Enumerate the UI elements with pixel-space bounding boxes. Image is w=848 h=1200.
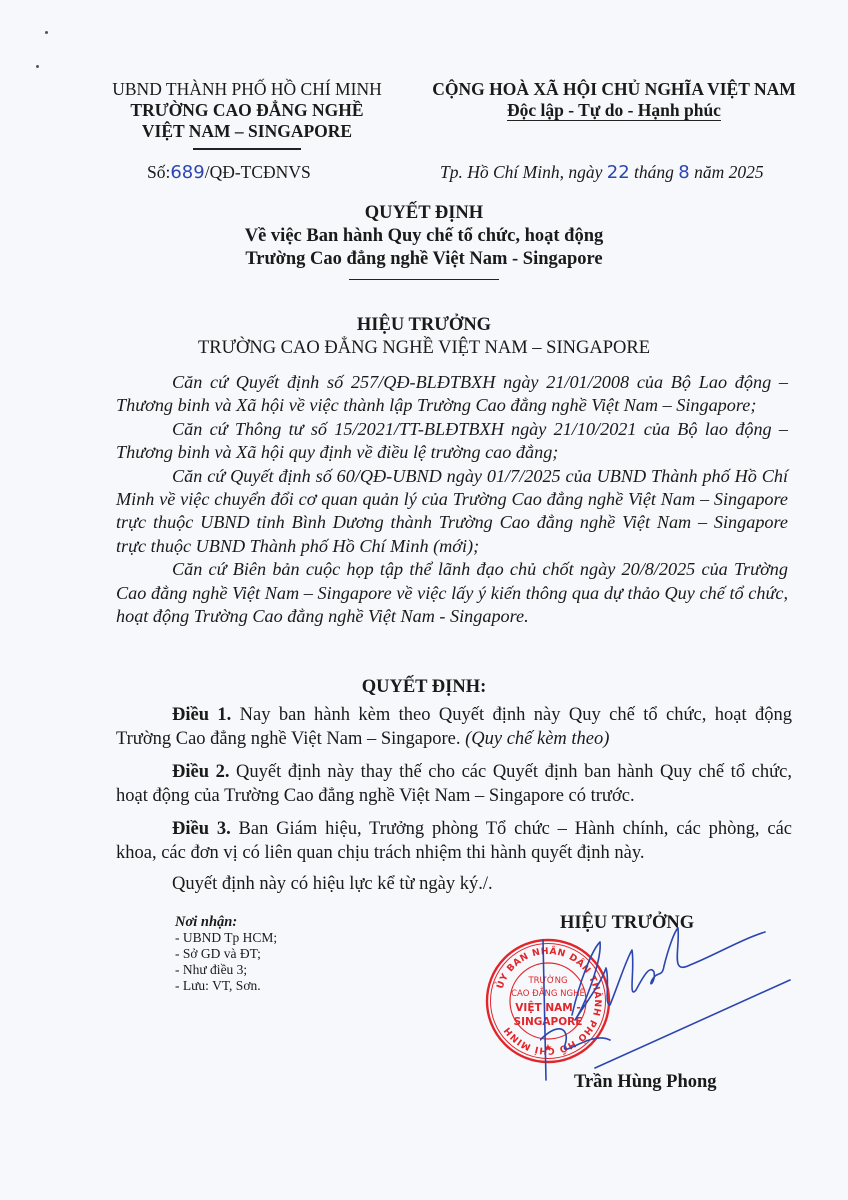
legal-basis-item: Căn cứ Thông tư số 15/2021/TT-BLĐTBXH ng… — [116, 418, 788, 465]
school-name-line1: TRƯỜNG CAO ĐẲNG NGHỀ — [82, 100, 412, 121]
document-subject-line1: Về việc Ban hành Quy chế tổ chức, hoạt đ… — [0, 225, 848, 248]
issuer-role: HIỆU TRƯỞNG — [0, 314, 848, 337]
scan-speck — [45, 31, 48, 34]
legal-basis: Căn cứ Quyết định số 257/QĐ-BLĐTBXH ngày… — [116, 371, 788, 628]
document-number: Số:689/QĐ-TCĐNVS — [147, 162, 311, 183]
legal-basis-item: Căn cứ Quyết định số 60/QĐ-UBND ngày 01/… — [116, 465, 788, 559]
legal-basis-item: Căn cứ Quyết định số 257/QĐ-BLĐTBXH ngày… — [116, 371, 788, 418]
date-year: năm 2025 — [690, 162, 764, 182]
date-day-handwritten: 22 — [607, 162, 630, 183]
document-number-prefix: Số: — [147, 162, 170, 182]
recipient-item: - Sở GD và ĐT; — [175, 946, 277, 962]
recipients-heading: Nơi nhận: — [175, 914, 277, 930]
issue-date: Tp. Hồ Chí Minh, ngày 22 tháng 8 năm 202… — [440, 162, 764, 183]
date-place: Tp. Hồ Chí Minh, ngày — [440, 162, 607, 182]
recipient-item: - Như điều 3; — [175, 962, 277, 978]
article-label: Điều 1. — [172, 705, 231, 725]
article-note: (Quy chế kèm theo) — [465, 729, 609, 749]
recipient-item: - Lưu: VT, Sơn. — [175, 978, 277, 994]
date-month-handwritten: 8 — [678, 162, 689, 183]
legal-basis-item: Căn cứ Biên bản cuộc họp tập thể lãnh đạ… — [116, 558, 788, 628]
article-label: Điều 3. — [172, 819, 231, 839]
document-number-handwritten: 689 — [170, 162, 204, 183]
title-divider — [349, 279, 499, 280]
national-header: CỘNG HOÀ XÃ HỘI CHỦ NGHĨA VIỆT NAM Độc l… — [418, 79, 810, 121]
date-month-label: tháng — [630, 162, 679, 182]
article-3: Điều 3. Ban Giám hiệu, Trưởng phòng Tổ c… — [116, 818, 792, 865]
article-2: Điều 2. Quyết định này thay thế cho các … — [116, 761, 792, 808]
document-number-suffix: /QĐ-TCĐNVS — [205, 162, 311, 182]
recipient-item: - UBND Tp HCM; — [175, 930, 277, 946]
authority-name: UBND THÀNH PHỐ HỒ CHÍ MINH — [82, 79, 412, 100]
article-1: Điều 1. Nay ban hành kèm theo Quyết định… — [116, 704, 792, 751]
decision-heading: QUYẾT ĐỊNH: — [0, 677, 848, 698]
article-label: Điều 2. — [172, 762, 229, 782]
scan-speck — [36, 65, 39, 68]
handwritten-signature-icon — [540, 920, 800, 1085]
school-name-line2: VIỆT NAM – SINGAPORE — [82, 121, 412, 142]
effective-clause: Quyết định này có hiệu lực kể từ ngày ký… — [116, 873, 792, 897]
nation-name: CỘNG HOÀ XÃ HỘI CHỦ NGHĨA VIỆT NAM — [418, 79, 810, 100]
issuing-agency-header: UBND THÀNH PHỐ HỒ CHÍ MINH TRƯỜNG CAO ĐẲ… — [82, 79, 412, 150]
recipients-list: Nơi nhận: - UBND Tp HCM; - Sở GD và ĐT; … — [175, 914, 277, 994]
document-title-block: QUYẾT ĐỊNH Về việc Ban hành Quy chế tổ c… — [0, 201, 848, 280]
document-title: QUYẾT ĐỊNH — [0, 201, 848, 225]
header-left-divider — [193, 148, 301, 150]
national-motto: Độc lập - Tự do - Hạnh phúc — [507, 101, 721, 121]
articles: Điều 1. Nay ban hành kèm theo Quyết định… — [116, 704, 792, 907]
issuer-block: HIỆU TRƯỞNG TRƯỜNG CAO ĐẲNG NGHỀ VIỆT NA… — [0, 314, 848, 360]
issuer-organization: TRƯỜNG CAO ĐẲNG NGHỀ VIỆT NAM – SINGAPOR… — [0, 337, 848, 360]
document-subject-line2: Trường Cao đẳng nghề Việt Nam - Singapor… — [0, 248, 848, 271]
signatory-name: Trần Hùng Phong — [574, 1072, 717, 1093]
